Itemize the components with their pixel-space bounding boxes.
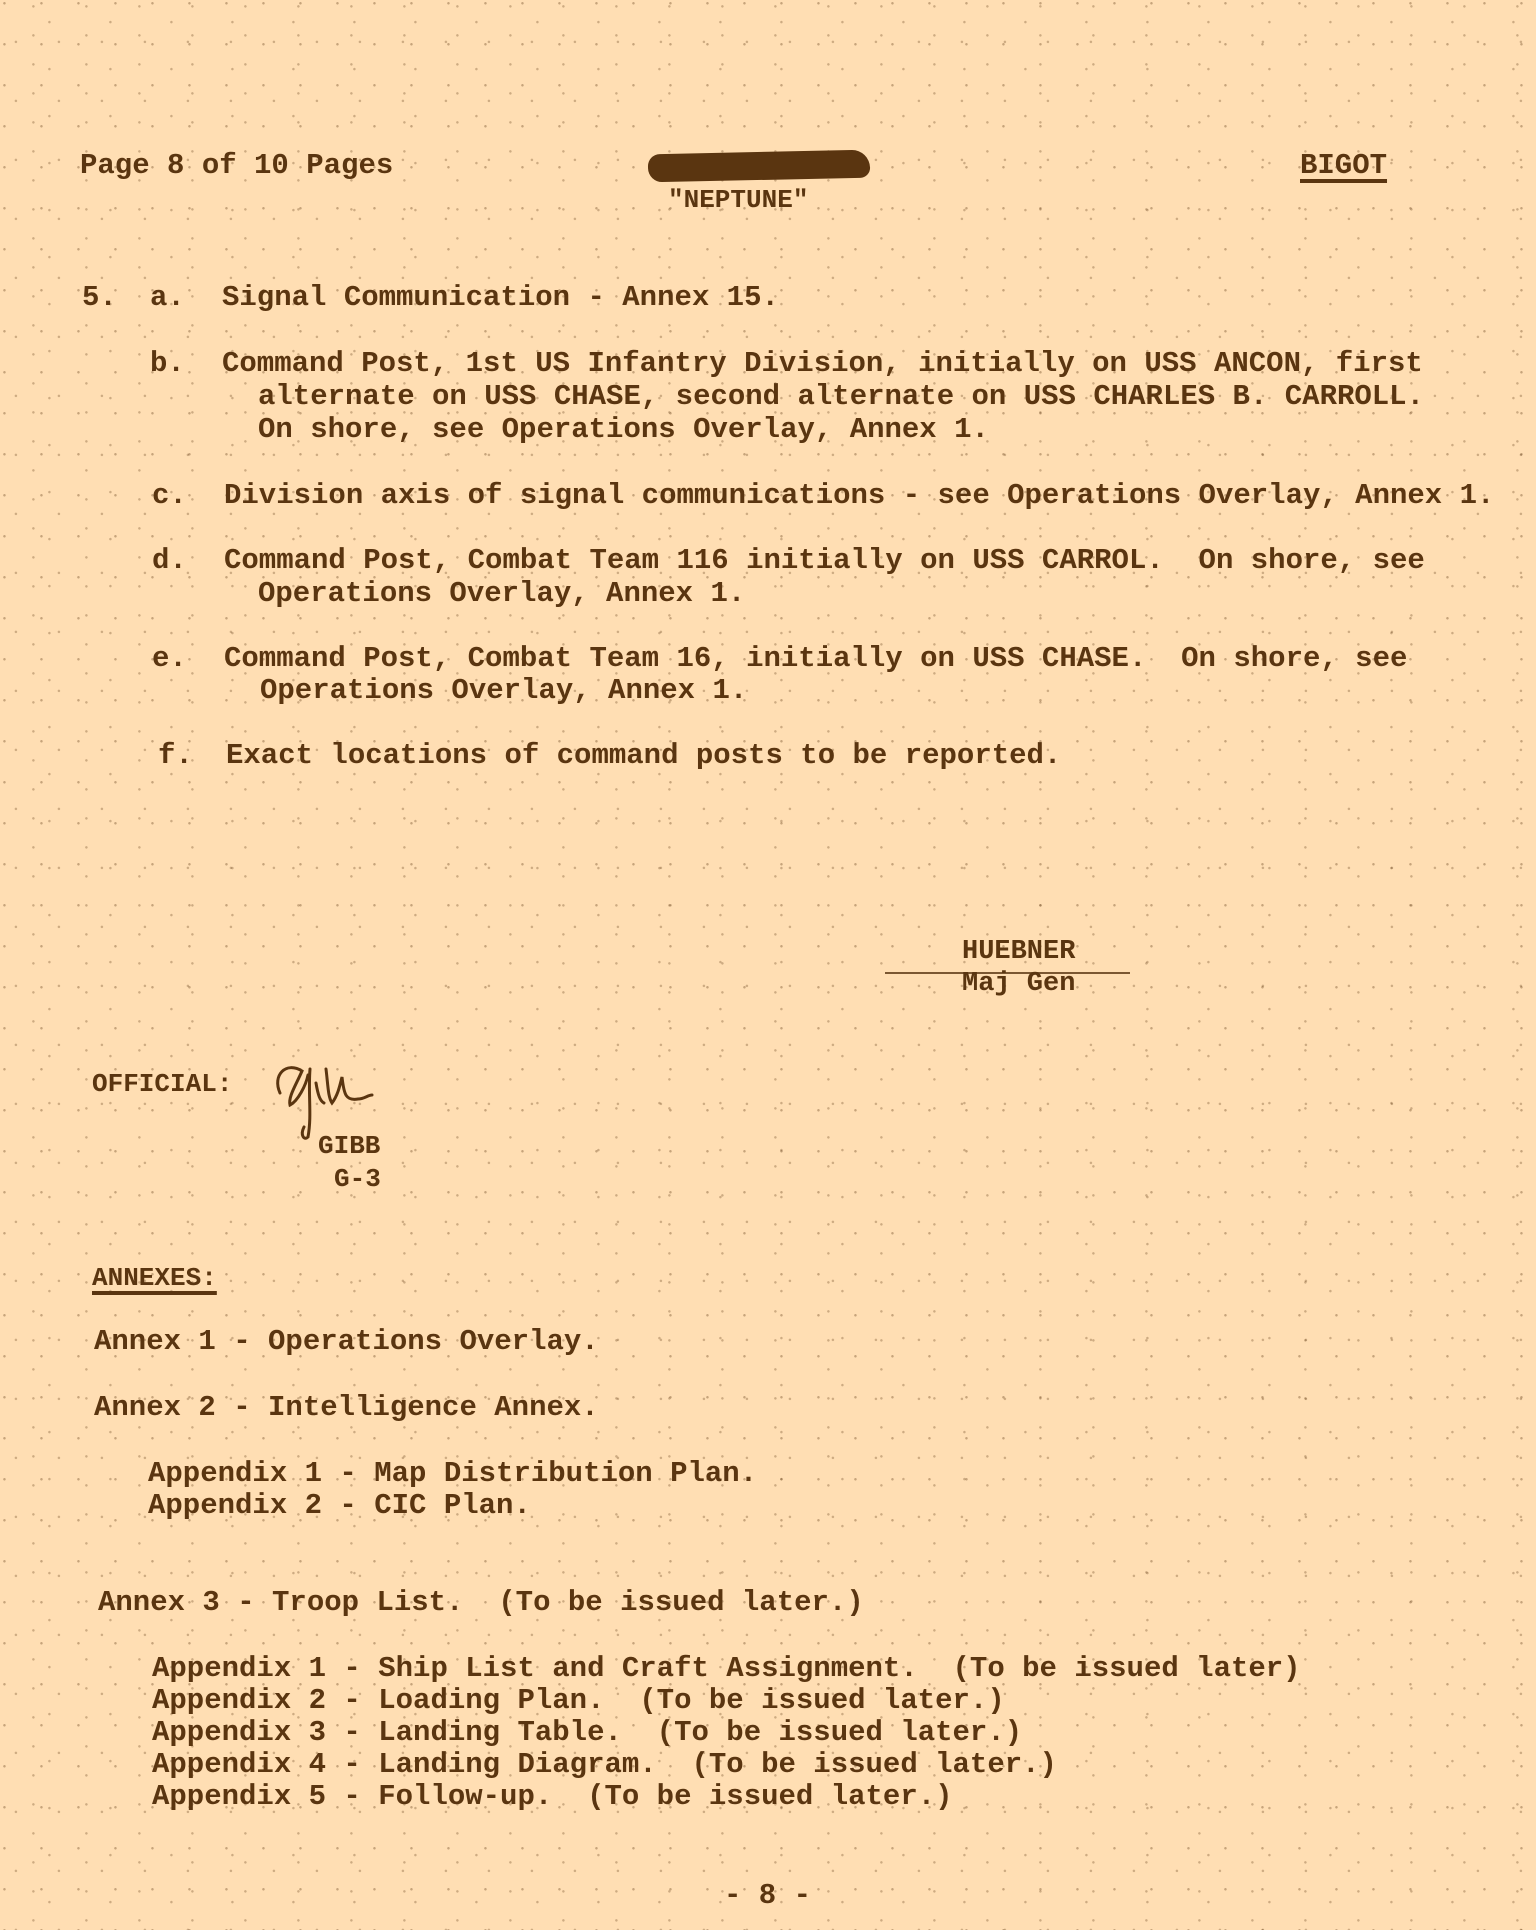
commander-name: HUEBNER xyxy=(962,936,1075,968)
item-f-letter: f. xyxy=(158,740,193,772)
item-d-line-1: Command Post, Combat Team 116 initially … xyxy=(224,545,1425,577)
item-e-line-2: Operations Overlay, Annex 1. xyxy=(260,675,747,707)
official-name: GIBB xyxy=(318,1130,380,1162)
item-c-text: Division axis of signal communications -… xyxy=(224,480,1494,512)
page-number: - 8 - xyxy=(724,1880,811,1912)
item-b-letter: b. xyxy=(150,348,185,380)
annex-3-appendix-1: Appendix 1 - Ship List and Craft Assignm… xyxy=(152,1653,1301,1685)
page-indicator: Page 8 of 10 Pages xyxy=(80,150,393,182)
annex-2-appendix-1: Appendix 1 - Map Distribution Plan. xyxy=(148,1458,757,1490)
section-number: 5. xyxy=(82,282,117,314)
official-label: OFFICIAL: xyxy=(92,1068,232,1100)
annex-3: Annex 3 - Troop List. (To be issued late… xyxy=(98,1587,864,1619)
item-e-letter: e. xyxy=(152,643,187,675)
annex-3-appendix-5: Appendix 5 - Follow-up. (To be issued la… xyxy=(152,1781,953,1813)
official-title: G-3 xyxy=(334,1163,381,1195)
item-a-text: Signal Communication - Annex 15. xyxy=(222,282,779,314)
item-d-line-2: Operations Overlay, Annex 1. xyxy=(258,578,745,610)
security-code: BIGOT xyxy=(1300,150,1387,182)
item-c-letter: c. xyxy=(152,480,187,512)
commander-rank: Maj Gen xyxy=(962,968,1075,1000)
item-e-line-1: Command Post, Combat Team 16, initially … xyxy=(224,643,1407,675)
annexes-heading: ANNEXES: xyxy=(92,1262,217,1294)
item-b-line-3: On shore, see Operations Overlay, Annex … xyxy=(258,414,989,446)
annex-1: Annex 1 - Operations Overlay. xyxy=(94,1326,599,1358)
item-d-letter: d. xyxy=(152,545,187,577)
annex-2-appendix-2: Appendix 2 - CIC Plan. xyxy=(148,1490,531,1522)
annex-3-appendix-3: Appendix 3 - Landing Table. (To be issue… xyxy=(152,1717,1022,1749)
item-b-line-1: Command Post, 1st US Infantry Division, … xyxy=(222,348,1423,380)
item-a-letter: a. xyxy=(150,282,185,314)
item-f-text: Exact locations of command posts to be r… xyxy=(226,740,1061,772)
annex-3-appendix-2: Appendix 2 - Loading Plan. (To be issued… xyxy=(152,1685,1005,1717)
item-b-line-2: alternate on USS CHASE, second alternate… xyxy=(258,381,1424,413)
redacted-classification-stamp xyxy=(648,150,871,183)
annex-3-appendix-4: Appendix 4 - Landing Diagram. (To be iss… xyxy=(152,1749,1057,1781)
operation-name: "NEPTUNE" xyxy=(668,184,808,216)
annex-2: Annex 2 - Intelligence Annex. xyxy=(94,1392,599,1424)
